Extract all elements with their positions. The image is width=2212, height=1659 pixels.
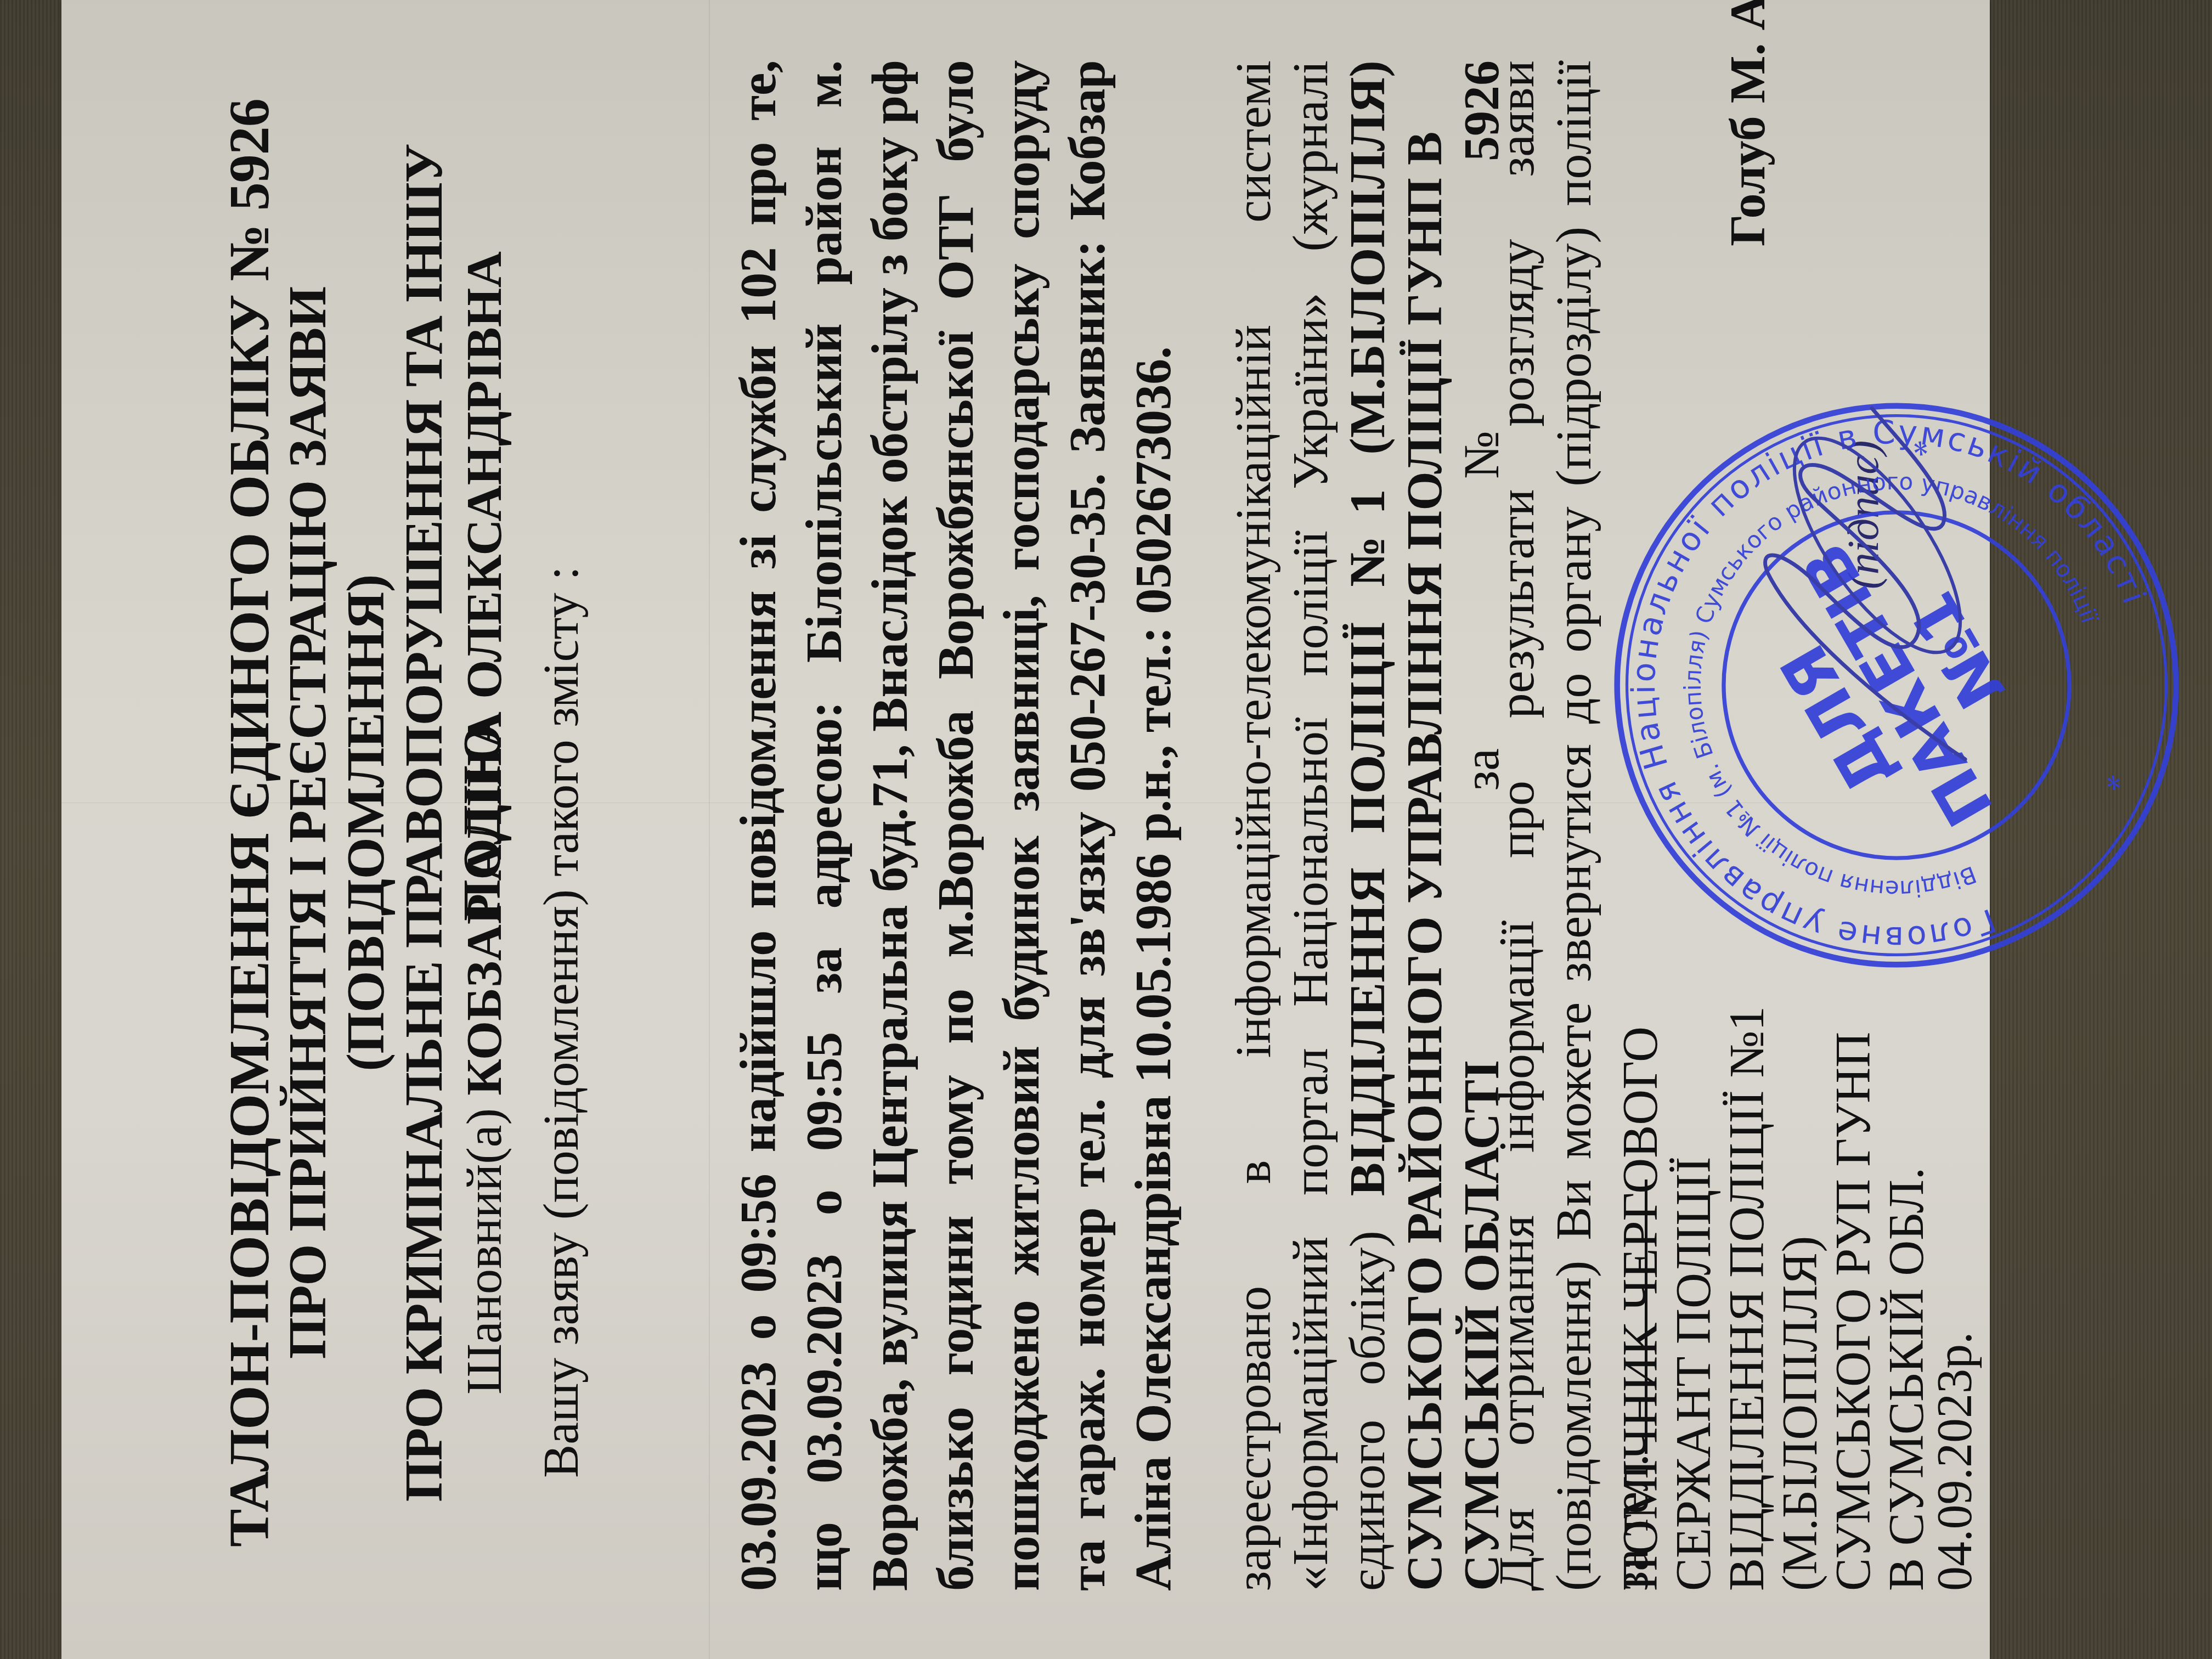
signatory-line: СЕРЖАНТ ПОЛІЦІЇ [1667,1006,1720,1591]
document-paper: ТАЛОН-ПОВІДОМЛЕННЯ ЄДИНОГО ОБЛІКУ № 5926… [61,0,1990,1659]
addressee: Шановний(а) КОБЗАР АЛІНА ОЛЕКСАНДРІВНА [456,55,511,1591]
signatory-line: В СУМСЬКІЙ ОБЛ. [1880,1006,1933,1591]
report-body: 03.09.2023 о 09:56 надійшло повідомлення… [725,60,1186,1591]
registration-block: зареєстровано в інформаційно-телекомунік… [1224,60,1510,1591]
addressee-prefix: Шановний(а) [456,1108,512,1395]
signatory-line: СУМСЬКОГО РУП ГУНП [1827,1006,1880,1591]
addressee-name: КОБЗАР АЛІНА ОЛЕКСАНДРІВНА [456,251,512,1096]
signatory-name: Голуб М. А. [1718,0,1776,246]
intro-text: Вашу заяву (повідомлення) такого змісту … [533,566,588,1478]
svg-text:*: * [2097,763,2138,797]
signatory-line: ВІДДІЛЕННЯ ПОЛІЦІЇ №1 [1720,1006,1774,1591]
title-line: ПРО ПРИЙНЯТТЯ І РЕЄСТРАЦІЮ ЗАЯВИ (ПОВІДО… [279,55,395,1591]
title-line: ТАЛОН-ПОВІДОМЛЕННЯ ЄДИНОГО ОБЛІКУ № 5926 [221,55,279,1591]
signatory-title: ПОМІЧНИК ЧЕРГОВОГО СЕРЖАНТ ПОЛІЦІЇ ВІДДІ… [1614,1006,1933,1591]
signature-date: 04.09.2023р. [1927,1332,1983,1592]
signatory-line: ПОМІЧНИК ЧЕРГОВОГО [1614,1006,1667,1591]
signatory-line: (М.БІЛОПІЛЛЯ) [1774,1006,1827,1591]
fold-line [709,0,710,1659]
